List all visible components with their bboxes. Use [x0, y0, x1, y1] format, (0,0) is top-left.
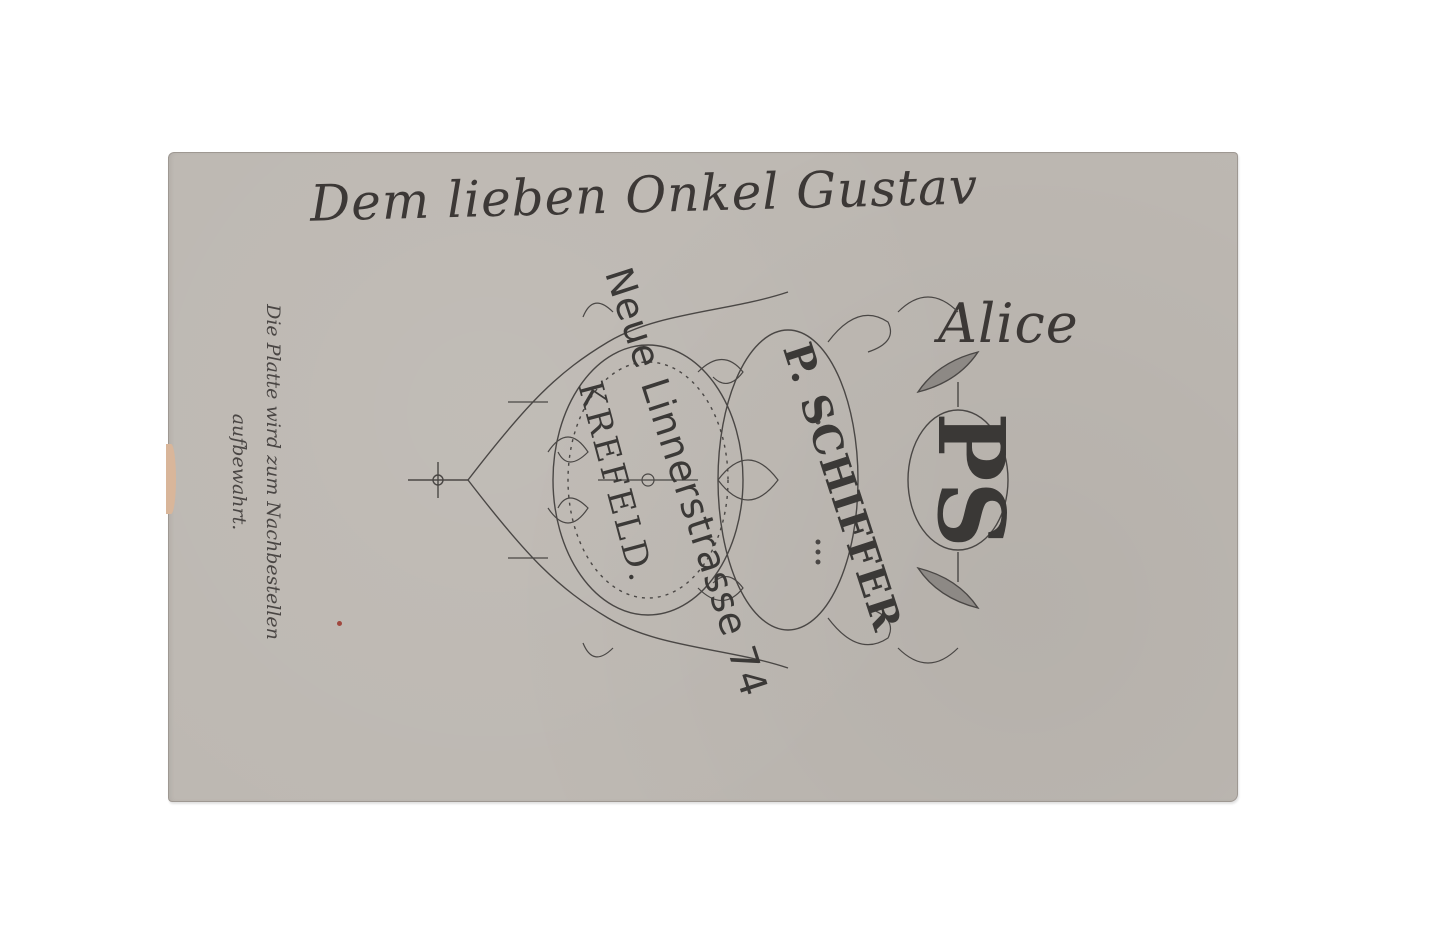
side-note: Die Platte wird zum Nachbestellen aufbew… — [222, 212, 290, 732]
side-note-line-2: aufbewahrt. — [222, 212, 256, 732]
photo-card-back: Dem lieben Onkel Gustav Alice Die Platte… — [168, 152, 1238, 802]
red-spot — [337, 621, 342, 626]
handwritten-dedication: Dem lieben Onkel Gustav — [309, 157, 978, 232]
torn-edge — [166, 444, 176, 514]
monogram-icon: PS — [911, 425, 1031, 535]
side-note-line-1: Die Platte wird zum Nachbestellen — [256, 212, 290, 732]
